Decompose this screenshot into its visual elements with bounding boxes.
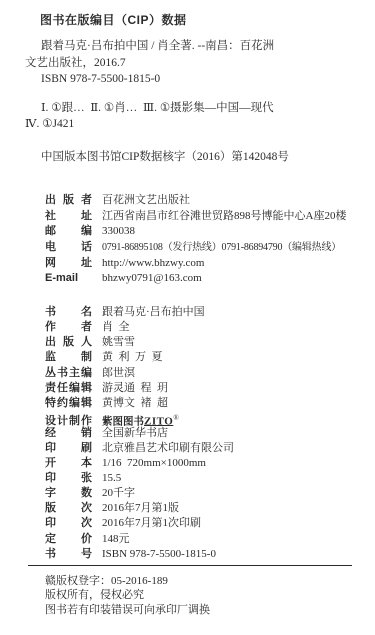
info-label: 书名 <box>45 305 92 320</box>
info-row-design: 设计制作 紫图图书ZITO® <box>45 411 357 426</box>
info-value: 全国新华书店 <box>102 426 168 441</box>
info-label: 特约编辑 <box>45 396 92 411</box>
info-label: 开本 <box>45 456 92 471</box>
info-value: 2016年7月第1版 <box>102 501 179 516</box>
info-label: 电话 <box>45 240 92 256</box>
footer-notices: 赣版权登字：05-2016-189 版权所有，侵权必究 图书若有印装错误可向承印… <box>45 574 357 618</box>
cip-entry-line-2: 文艺出版社，2016.7 <box>25 55 357 72</box>
info-label: 网址 <box>45 256 92 272</box>
cip-isbn: ISBN 978-7-5500-1815-0 <box>41 71 357 88</box>
info-row-publisher-person: 出版人 姚雪雪 <box>45 335 357 350</box>
info-value: ISBN 978-7-5500-1815-0 <box>102 547 216 562</box>
info-label: 丛书主编 <box>45 366 92 381</box>
info-value: bhzwy0791@163.com <box>102 271 202 287</box>
registered-trademark-mark: ® <box>173 414 178 422</box>
info-label: 字数 <box>45 486 92 501</box>
info-value: 姚雪雪 <box>102 335 135 350</box>
info-value: 肖 全 <box>102 320 130 335</box>
info-row-distributor: 经销 全国新华书店 <box>45 426 357 441</box>
info-row-format: 开本 1/16 720mm×1000mm <box>45 456 357 471</box>
info-row-publisher: 出版者 百花洲文艺出版社 <box>45 193 357 209</box>
copyright-notice: 版权所有，侵权必究 <box>45 588 357 603</box>
info-row-sheets: 印张 15.5 <box>45 471 357 486</box>
info-row-edition: 版次 2016年7月第1版 <box>45 501 357 516</box>
info-row-email: E-mail bhzwy0791@163.com <box>45 271 357 287</box>
misprint-exchange-notice: 图书若有印装错误可向承印厂调换 <box>45 603 357 618</box>
info-value: 北京雅昌艺术印刷有限公司 <box>102 441 234 456</box>
info-label: 版次 <box>45 501 92 516</box>
info-value: 1/16 720mm×1000mm <box>102 456 206 471</box>
info-label: 出版人 <box>45 335 92 350</box>
info-label: 印张 <box>45 471 92 486</box>
colophon-block: 书名 跟着马克·吕布拍中国 作者 肖 全 出版人 姚雪雪 监制 黄 利 万 夏 … <box>45 305 357 562</box>
cip-class-line-1: Ⅰ. ①跟… Ⅱ. ①肖… Ⅲ. ①摄影集—中国—现代 <box>41 100 357 117</box>
cip-data-block: 图书在版编目（CIP）数据 跟着马克·吕布拍中国 / 肖全著. --南昌：百花洲… <box>25 12 357 165</box>
info-label: 出版者 <box>45 193 92 209</box>
info-value: 2016年7月第1次印刷 <box>102 516 201 531</box>
info-row-price: 定价 148元 <box>45 532 357 547</box>
cip-class-line-2: Ⅳ. ①J421 <box>25 116 357 133</box>
info-value: 游灵通 程 玥 <box>102 381 168 396</box>
info-label: E-mail <box>45 271 92 287</box>
info-row-address: 社址 江西省南昌市红谷滩世贸路898号博能中心A座20楼 <box>45 209 357 225</box>
cip-entry-line-1: 跟着马克·吕布拍中国 / 肖全著. --南昌：百花洲 <box>41 38 357 55</box>
info-label: 邮编 <box>45 224 92 240</box>
info-value: 江西省南昌市红谷滩世贸路898号博能中心A座20楼 <box>102 209 346 225</box>
publisher-info-block: 出版者 百花洲文艺出版社 社址 江西省南昌市红谷滩世贸路898号博能中心A座20… <box>45 193 357 287</box>
info-label: 责任编辑 <box>45 381 92 396</box>
info-value: 20千字 <box>102 486 135 501</box>
divider-rule <box>28 565 352 566</box>
info-value: 百花洲文艺出版社 <box>102 193 190 209</box>
info-row-impression: 印次 2016年7月第1次印刷 <box>45 516 357 531</box>
cip-title: 图书在版编目（CIP）数据 <box>40 12 357 29</box>
info-row-isbn: 书号 ISBN 978-7-5500-1815-0 <box>45 547 357 562</box>
info-row-series-editor: 丛书主编 郎世溟 <box>45 366 357 381</box>
info-row-printer: 印刷 北京雅昌艺术印刷有限公司 <box>45 441 357 456</box>
info-row-author: 作者 肖 全 <box>45 320 357 335</box>
info-row-managing-editors: 责任编辑 游灵通 程 玥 <box>45 381 357 396</box>
info-label: 定价 <box>45 532 92 547</box>
info-row-contributing-editors: 特约编辑 黄博文 褚 超 <box>45 396 357 411</box>
info-label: 作者 <box>45 320 92 335</box>
info-label: 书号 <box>45 547 92 562</box>
info-label: 社址 <box>45 209 92 225</box>
info-row-word-count: 字数 20千字 <box>45 486 357 501</box>
info-label: 监制 <box>45 350 92 365</box>
info-row-supervisors: 监制 黄 利 万 夏 <box>45 350 357 365</box>
info-row-telephone: 电话 0791-86895108（发行热线）0791-86894790（编辑热线… <box>45 240 357 256</box>
info-label: 印次 <box>45 516 92 531</box>
cip-record-number: 中国版本图书馆CIP数据核字（2016）第142048号 <box>41 149 357 166</box>
info-row-book-title: 书名 跟着马克·吕布拍中国 <box>45 305 357 320</box>
info-value: 148元 <box>102 532 130 547</box>
info-value: 黄 利 万 夏 <box>102 350 163 365</box>
book-copyright-page: 图书在版编目（CIP）数据 跟着马克·吕布拍中国 / 肖全著. --南昌：百花洲… <box>0 0 375 635</box>
info-label: 经销 <box>45 426 92 441</box>
cip-classification: Ⅰ. ①跟… Ⅱ. ①肖… Ⅲ. ①摄影集—中国—现代 Ⅳ. ①J421 <box>25 100 357 133</box>
info-row-postcode: 邮编 330038 <box>45 224 357 240</box>
copyright-registration: 赣版权登字：05-2016-189 <box>45 574 357 589</box>
info-label: 印刷 <box>45 441 92 456</box>
info-value: 15.5 <box>102 471 121 486</box>
info-row-website: 网址 http://www.bhzwy.com <box>45 256 357 272</box>
info-value: 郎世溟 <box>102 366 135 381</box>
info-value: 黄博文 褚 超 <box>102 396 168 411</box>
info-value: 330038 <box>102 224 135 240</box>
info-value: 跟着马克·吕布拍中国 <box>102 305 205 320</box>
info-value: 0791-86895108（发行热线）0791-86894790（编辑热线） <box>102 240 341 256</box>
cip-entry: 跟着马克·吕布拍中国 / 肖全著. --南昌：百花洲 文艺出版社，2016.7 … <box>25 38 357 88</box>
info-value: http://www.bhzwy.com <box>102 256 204 272</box>
